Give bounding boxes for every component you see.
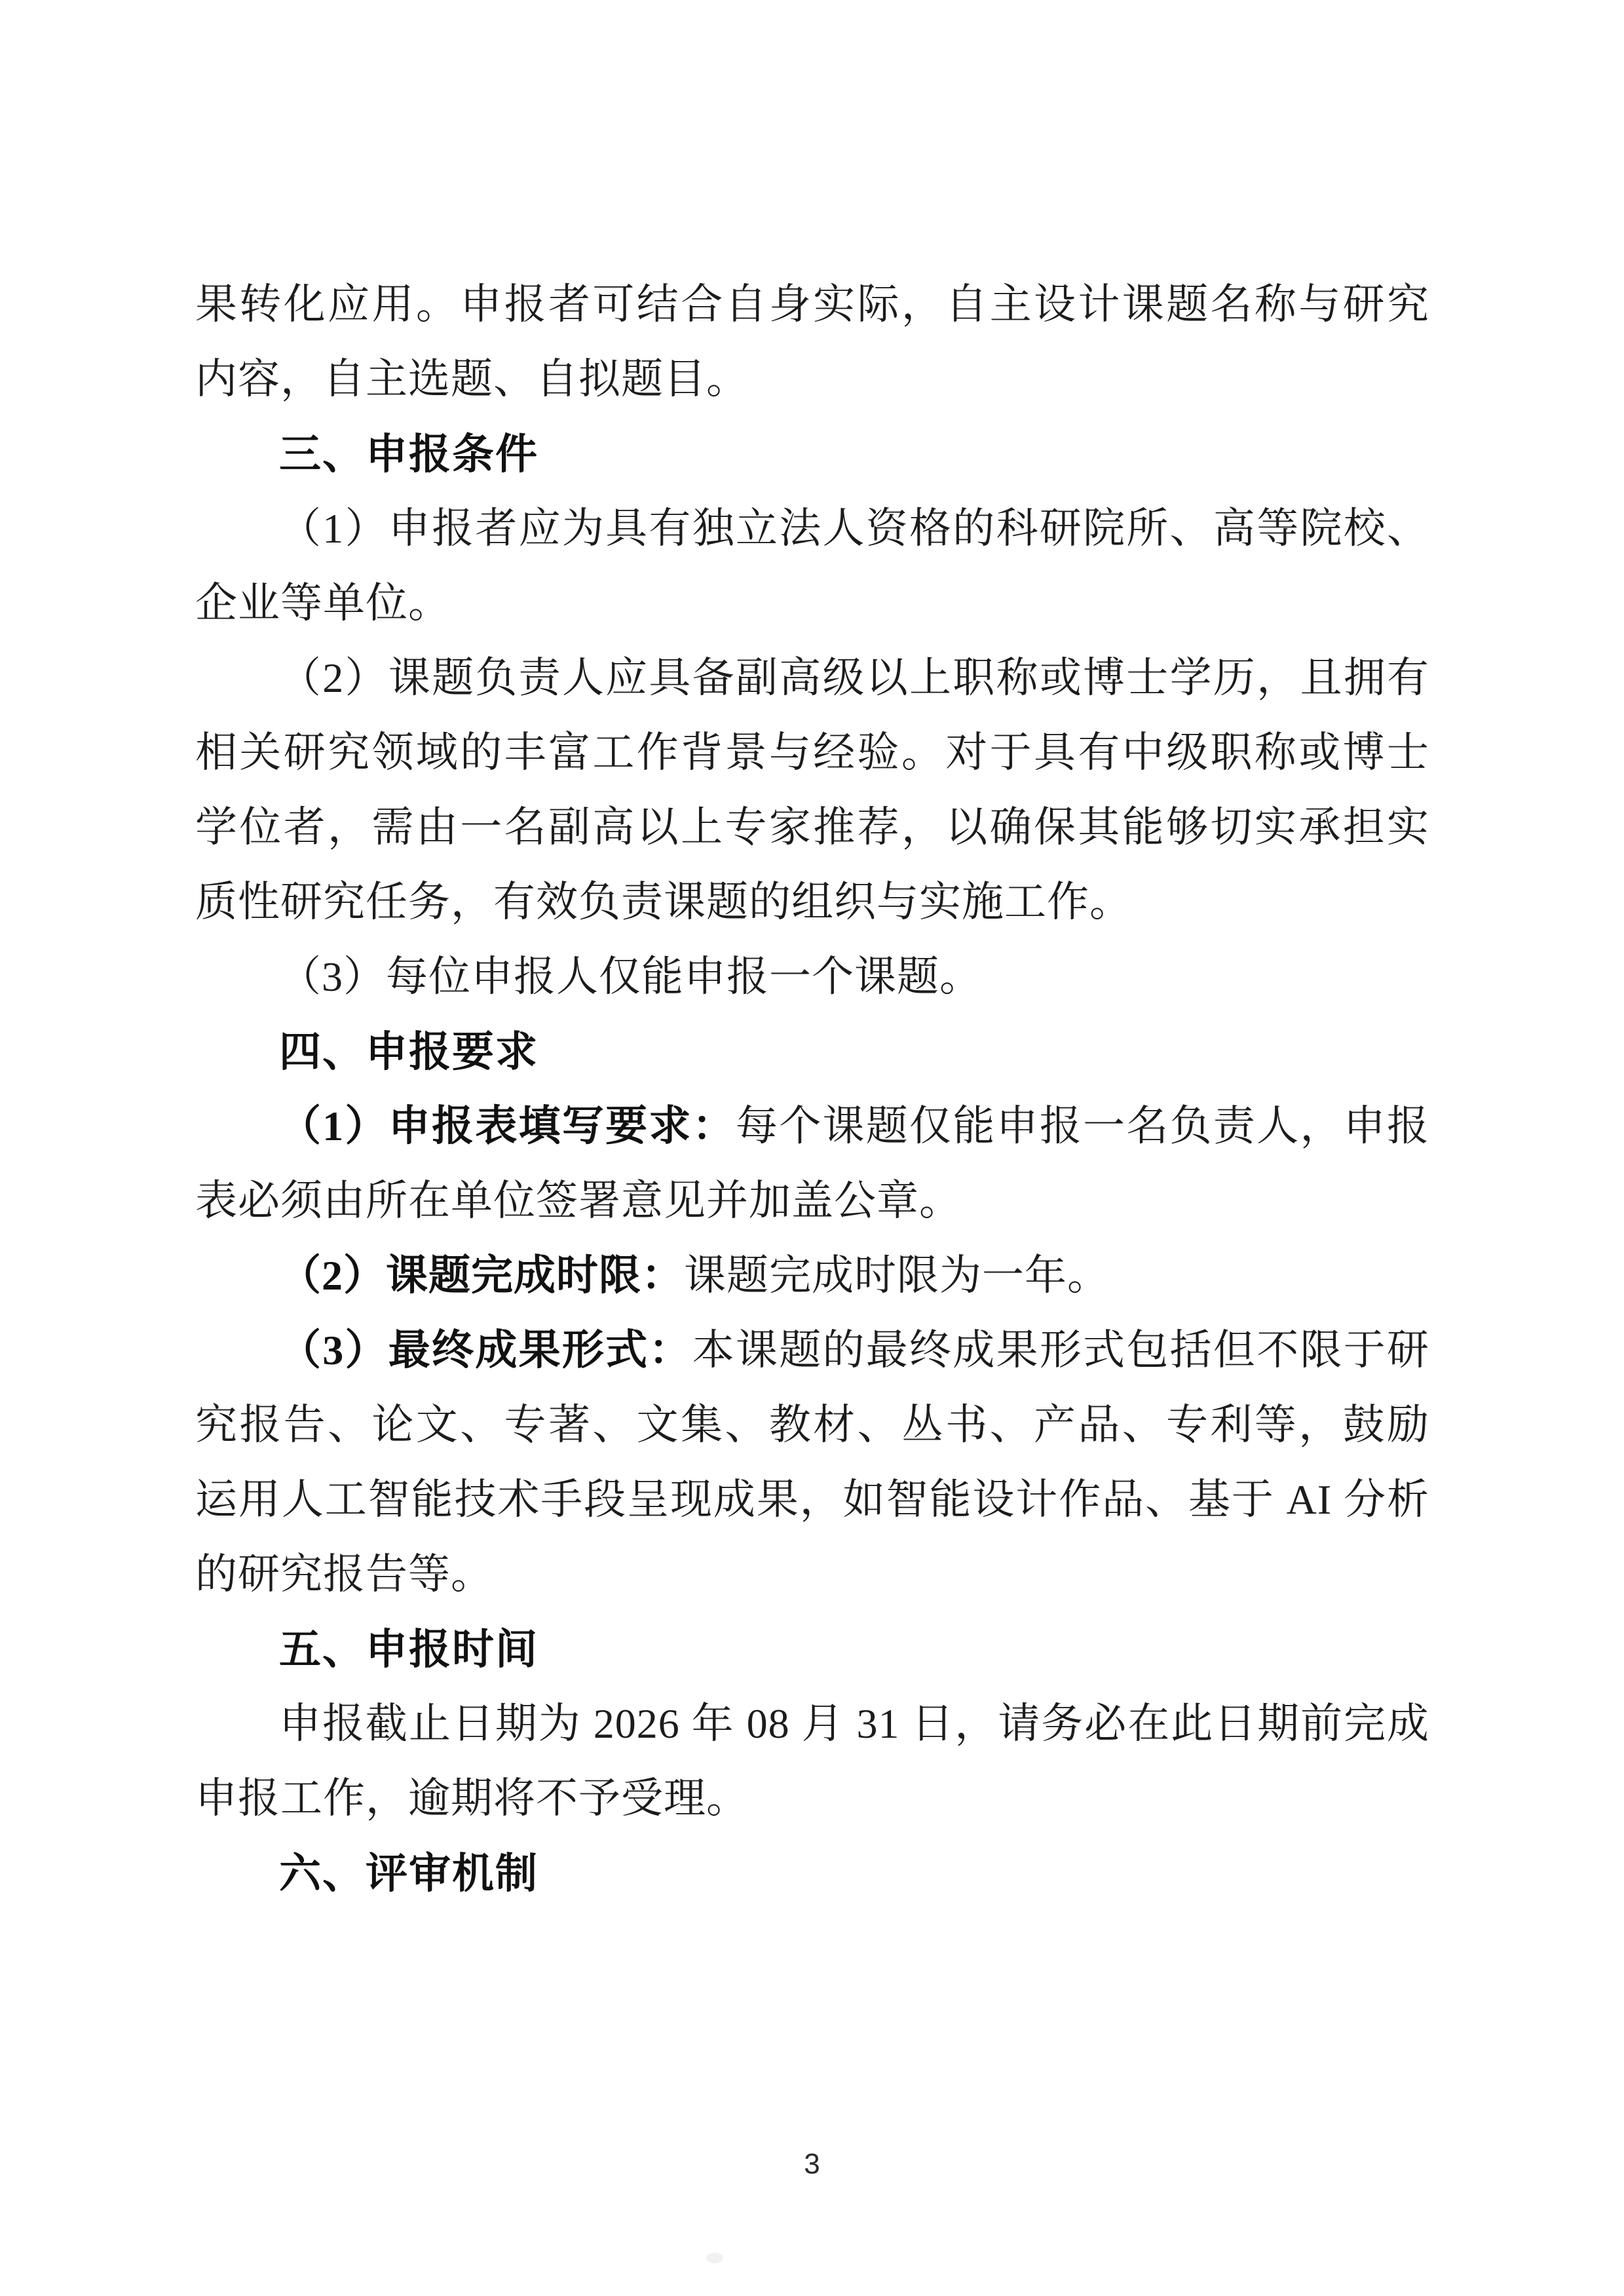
section-heading-application-time: 五、申报时间 xyxy=(195,1612,1429,1687)
scan-smudge-artifact xyxy=(706,2253,723,2263)
requirement-2-label: （2）课题完成时限： xyxy=(279,1252,684,1299)
section-heading-review-mechanism: 六、评审机制 xyxy=(195,1836,1429,1911)
section-heading-application-requirements: 四、申报要求 xyxy=(195,1014,1429,1089)
requirement-1-label: （1）申报表填写要求： xyxy=(279,1103,736,1149)
paragraph-requirement-3: （3）最终成果形式：本课题的最终成果形式包括但不限于研究报告、论文、专著、文集、… xyxy=(195,1313,1429,1612)
page-footer: 3 xyxy=(0,2148,1624,2181)
paragraph-requirement-1: （1）申报表填写要求：每个课题仅能申报一名负责人，申报表必须由所在单位签署意见并… xyxy=(195,1089,1429,1238)
paragraph-condition-3: （3）每位申报人仅能申报一个课题。 xyxy=(195,940,1429,1014)
document-page: 果转化应用。申报者可结合自身实际，自主设计课题名称与研究内容，自主选题、自拟题目… xyxy=(0,0,1624,2296)
document-body: 果转化应用。申报者可结合自身实际，自主设计课题名称与研究内容，自主选题、自拟题目… xyxy=(195,267,1429,1911)
paragraph-requirement-2: （2）课题完成时限：课题完成时限为一年。 xyxy=(195,1238,1429,1313)
paragraph-condition-1: （1）申报者应为具有独立法人资格的科研院所、高等院校、企业等单位。 xyxy=(195,491,1429,641)
section-heading-application-conditions: 三、申报条件 xyxy=(195,417,1429,491)
requirement-3-label: （3）最终成果形式： xyxy=(279,1327,692,1373)
paragraph-condition-2: （2）课题负责人应具备副高级以上职称或博士学历，且拥有相关研究领域的丰富工作背景… xyxy=(195,641,1429,940)
paragraph-deadline: 申报截止日期为 2026 年 08 月 31 日，请务必在此日期前完成申报工作，… xyxy=(195,1687,1429,1836)
requirement-2-text: 课题完成时限为一年。 xyxy=(684,1252,1110,1299)
page-number: 3 xyxy=(804,2148,820,2180)
paragraph-continuation: 果转化应用。申报者可结合自身实际，自主设计课题名称与研究内容，自主选题、自拟题目… xyxy=(195,267,1429,417)
